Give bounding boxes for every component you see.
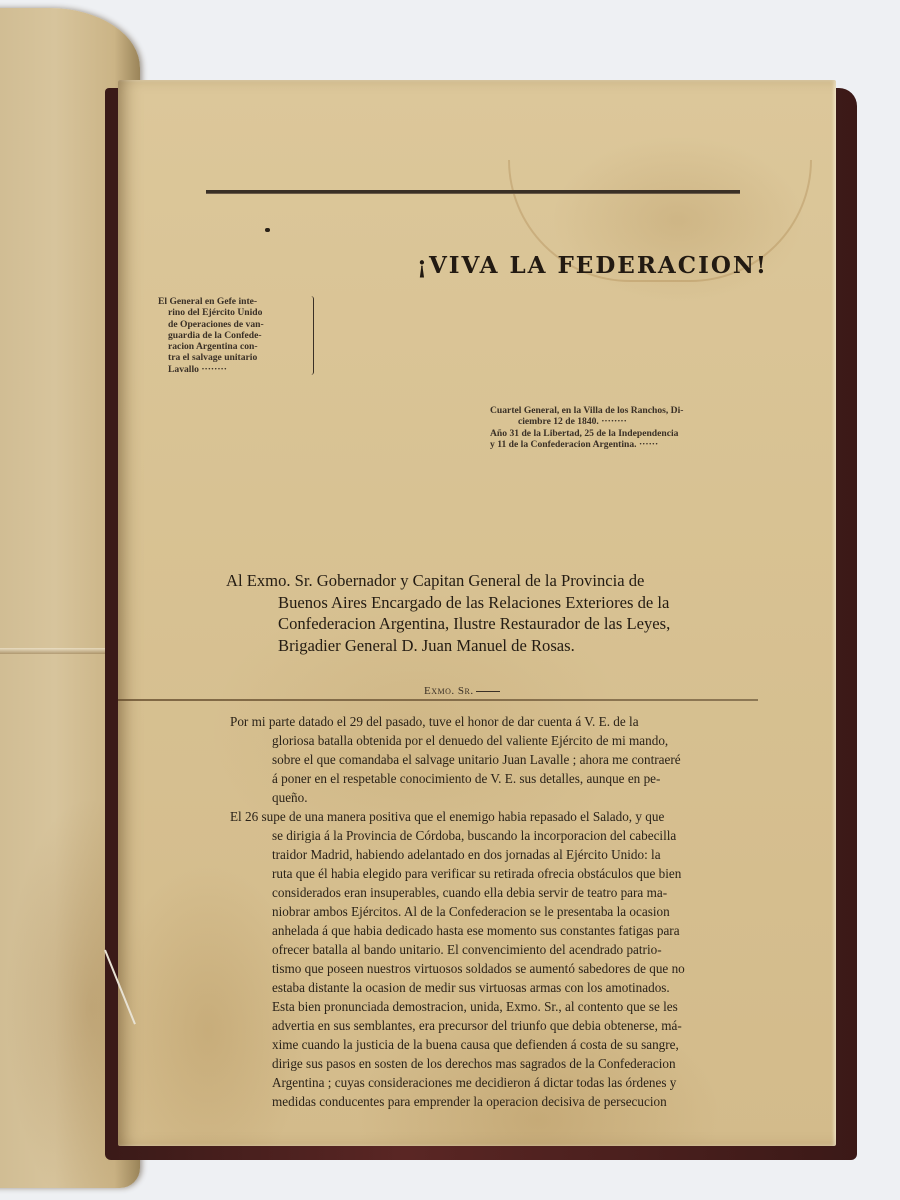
body-line: considerados eran insuperables, cuando e… — [230, 883, 765, 902]
dateline: Cuartel General, en la Villa de los Ranc… — [490, 405, 760, 451]
body-line: advertia en sus semblantes, era precurso… — [230, 1016, 765, 1035]
body-line: niobrar ambos Ejércitos. Al de la Confed… — [230, 902, 765, 921]
body-line: dirige sus pasos en sosten de los derech… — [230, 1054, 765, 1073]
body-line: anhelada á que habia dedicado hasta ese … — [230, 921, 765, 940]
body-line: se dirigia á la Provincia de Córdoba, bu… — [230, 826, 765, 845]
address-line: Confederacion Argentina, Ilustre Restaur… — [226, 613, 756, 635]
body-line: sobre el que comandaba el salvage unitar… — [230, 750, 765, 769]
sidebar-note-line: rino del Ejército Unido — [158, 307, 308, 318]
body-line: El 26 supe de una manera positiva que el… — [230, 807, 765, 826]
ink-dot — [265, 228, 270, 232]
body-line: medidas conducentes para emprender la op… — [230, 1092, 765, 1111]
body-line: xime cuando la justicia de la buena caus… — [230, 1035, 765, 1054]
addressee-block: Al Exmo. Sr. Gobernador y Capitan Genera… — [226, 570, 756, 656]
body-line: Por mi parte datado el 29 del pasado, tu… — [230, 712, 765, 731]
body-line: ruta que él habia elegido para verificar… — [230, 864, 765, 883]
salutation: Exmo. Sr. — [424, 685, 500, 697]
body-line: estaba distante la ocasion de medir sus … — [230, 978, 765, 997]
body-line: Esta bien pronunciada demostracion, unid… — [230, 997, 765, 1016]
sidebar-note-line: El General en Gefe inte- — [158, 296, 308, 307]
sidebar-note-line: guardia de la Confede- — [158, 330, 308, 341]
body-line: traidor Madrid, habiendo adelantado en d… — [230, 845, 765, 864]
right-page: ¡VIVA LA FEDERACION! El General en Gefe … — [118, 80, 836, 1146]
dateline-line: Año 31 de la Libertad, 25 de la Independ… — [490, 428, 760, 439]
left-page-crease — [0, 648, 110, 654]
sidebar-note-line: tra el salvage unitario — [158, 352, 308, 363]
body-line: á poner en el respetable conocimiento de… — [230, 769, 765, 788]
body-line: Argentina ; cuyas consideraciones me dec… — [230, 1073, 765, 1092]
sidebar-note-line: racion Argentina con- — [158, 341, 308, 352]
address-line: Brigadier General D. Juan Manuel de Rosa… — [226, 635, 756, 657]
address-line: Al Exmo. Sr. Gobernador y Capitan Genera… — [226, 570, 756, 592]
sidebar-note: El General en Gefe inte- rino del Ejérci… — [158, 296, 314, 375]
sidebar-note-line: Lavallo ········ — [158, 364, 308, 375]
body-line: ofrecer batalla al bando unitario. El co… — [230, 940, 765, 959]
letter-body: Por mi parte datado el 29 del pasado, tu… — [230, 712, 765, 1111]
sidebar-note-line: de Operaciones de van- — [158, 319, 308, 330]
body-line: gloriosa batalla obtenida por el denuedo… — [230, 731, 765, 750]
dateline-line: y 11 de la Confederacion Argentina. ····… — [490, 439, 760, 450]
dateline-line: ciembre 12 de 1840. ········ — [490, 416, 760, 427]
dateline-line: Cuartel General, en la Villa de los Ranc… — [490, 405, 760, 416]
address-line: Buenos Aires Encargado de las Relaciones… — [226, 592, 756, 614]
page-headline: ¡VIVA LA FEDERACION! — [248, 252, 768, 279]
page-fold-line — [118, 699, 758, 701]
body-line: tismo que poseen nuestros virtuosos sold… — [230, 959, 765, 978]
body-line: queño. — [230, 788, 765, 807]
top-rule — [206, 190, 740, 194]
